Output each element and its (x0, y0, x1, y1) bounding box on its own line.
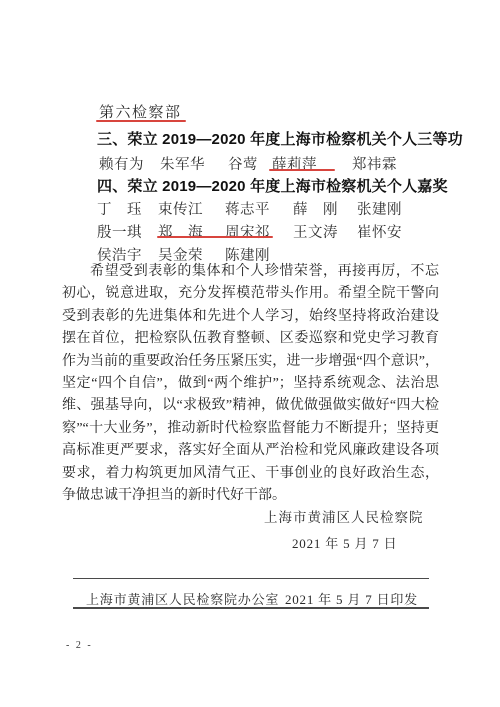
awardee-name: 束传江 (158, 198, 203, 219)
signature-org: 上海市黄浦区人民检察院 (264, 506, 424, 526)
award-heading-3: 三、荣立 2019—2020 年度上海市检察机关个人三等功 (97, 128, 463, 149)
awardee-name: 蒋志平 (225, 198, 270, 219)
awardee-name: 王文涛 (293, 221, 338, 242)
page-number: - 2 - (66, 640, 93, 651)
red-underline-dept (96, 120, 186, 122)
awardee-name: 丁 珏 (97, 198, 142, 219)
dept-annotation: 第六检察部 (99, 101, 182, 122)
awardee-name-highlighted: 周宋祁 (225, 221, 270, 242)
footer-office: 上海市黄浦区人民检察院办公室 (86, 589, 279, 608)
footer-rule-bottom (73, 607, 429, 609)
awardee-name: 崔怀安 (357, 221, 402, 242)
footer-imprint-date: 2021 年 5 月 7 日印发 (285, 589, 418, 608)
body-paragraph: 希望受到表彰的集体和个人珍惜荣誉，再接再厉，不忘初心，锐意进取，充分发挥模范带头… (62, 261, 439, 507)
awardee-name: 殷一琪 (97, 221, 142, 242)
awardee-name: 郑祎霖 (352, 153, 397, 174)
red-underline-name (157, 236, 273, 238)
awardee-name: 张建刚 (357, 198, 402, 219)
signature-date: 2021 年 5 月 7 日 (292, 533, 397, 552)
red-underline-name (269, 169, 335, 171)
awardee-name: 朱军华 (160, 153, 205, 174)
awardee-name: 薛 刚 (293, 198, 338, 219)
document-page: 第六检察部 三、荣立 2019—2020 年度上海市检察机关个人三等功 赖有为 … (0, 0, 500, 707)
awardee-name-highlighted: 郑 海 (158, 221, 203, 242)
awardee-name: 赖有为 (99, 153, 144, 174)
footer-rule-top (73, 578, 429, 579)
awardee-name: 谷莺 (228, 153, 258, 174)
award-heading-4: 四、荣立 2019—2020 年度上海市检察机关个人嘉奖 (97, 175, 448, 196)
